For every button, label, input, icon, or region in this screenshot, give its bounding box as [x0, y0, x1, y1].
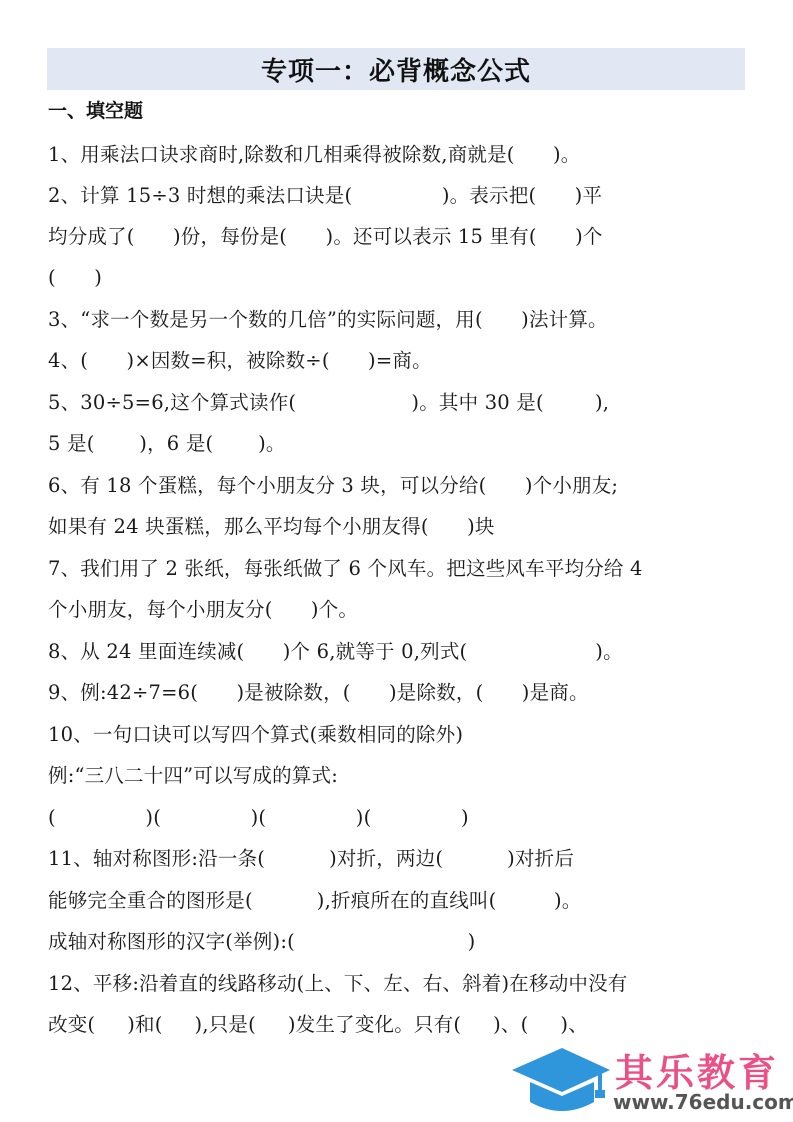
section-heading: 一、填空题 [48, 96, 143, 123]
question-line: 2、计算 15÷3 时想的乘法口诀是( )。表示把( )平 [48, 183, 748, 209]
logo-name: 其乐教育 [615, 1042, 779, 1097]
question-line: 成轴对称图形的汉字(举例):( ) [48, 929, 748, 955]
question-line: 均分成了( )份，每份是( )。还可以表示 15 里有( )个 [48, 224, 748, 250]
question-line: 能够完全重合的图形是( ),折痕所在的直线叫( )。 [48, 888, 748, 914]
watermark-logo: 其乐教育 www.76edu.com [510, 1040, 790, 1120]
title-band: 专项一：必背概念公式 [47, 48, 745, 90]
question-line: 5 是( )，6 是( )。 [48, 431, 748, 457]
question-line: 7、我们用了 2 张纸，每张纸做了 6 个风车。把这些风车平均分给 4 [48, 556, 748, 582]
question-line: 8、从 24 里面连续减( )个 6,就等于 0,列式( )。 [48, 639, 748, 665]
question-line: 11、轴对称图形:沿一条( )对折，两边( )对折后 [48, 846, 748, 872]
question-line: 改变( )和( ),只是( )发生了变化。只有( )、( )、 [48, 1012, 748, 1038]
question-line: 3、“求一个数是另一个数的几倍”的实际问题，用( )法计算。 [48, 307, 748, 333]
page-title: 专项一：必背概念公式 [261, 51, 531, 88]
question-line: ( )( )( )( ) [48, 805, 748, 831]
question-line: 9、例:42÷7=6( )是被除数，( )是除数，( )是商。 [48, 680, 748, 706]
question-line: 12、平移:沿着直的线路移动(上、下、左、右、斜着)在移动中没有 [48, 971, 748, 997]
question-line: 10、一句口诀可以写四个算式(乘数相同的除外) [48, 722, 748, 748]
question-line: 如果有 24 块蛋糕，那么平均每个小朋友得( )块 [48, 514, 748, 540]
question-line: 6、有 18 个蛋糕，每个小朋友分 3 块，可以分给( )个小朋友; [48, 473, 748, 499]
question-line: 1、用乘法口诀求商时,除数和几相乘得被除数,商就是( )。 [48, 142, 748, 168]
question-line: 例:“三八二十四”可以写成的算式: [48, 763, 748, 789]
question-line: 5、30÷5=6,这个算式读作( )。其中 30 是( ), [48, 390, 748, 416]
logo-url: www.76edu.com [613, 1090, 793, 1114]
graduation-cap-icon [510, 1040, 610, 1120]
question-line: ( ) [48, 265, 748, 291]
question-line: 个小朋友，每个小朋友分( )个。 [48, 597, 748, 623]
question-line: 4、( )×因数=积，被除数÷( )=商。 [48, 348, 748, 374]
